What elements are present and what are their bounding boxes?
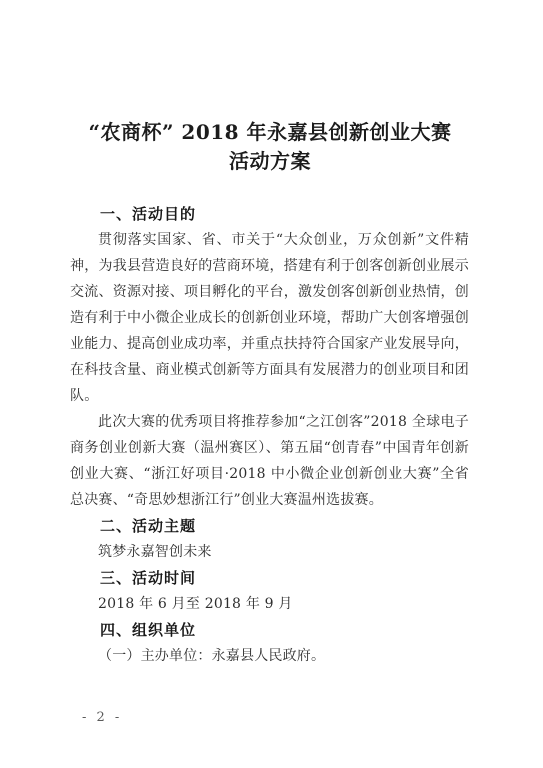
document-title-line-1: “农商杯” 2018 年永嘉县创新创业大赛 [70,118,470,147]
document-body: 一、活动目的 贯彻落实国家、省、市关于“大众创业，万众创新”文件精神，为我县营造… [70,201,469,669]
document-title-line-2: 活动方案 [70,147,470,176]
paragraph-organizer-host: （一）主办单位：永嘉县人民政府。 [70,643,469,669]
section-heading-activity-purpose: 一、活动目的 [70,201,469,227]
paragraph-activity-purpose-1: 贯彻落实国家、省、市关于“大众创业，万众创新”文件精神，为我县营造良好的营商环境… [70,227,469,409]
paragraph-activity-theme: 筑梦永嘉智创未来 [70,539,469,565]
document-title: “农商杯” 2018 年永嘉县创新创业大赛 活动方案 [70,118,470,176]
section-heading-activity-time: 三、活动时间 [70,565,469,591]
page-number: - 2 - [82,710,122,725]
paragraph-activity-purpose-2: 此次大赛的优秀项目将推荐参加“之江创客”2018 全球电子商务创业创新大赛（温州… [70,409,469,513]
paragraph-activity-time: 2018 年 6 月至 2018 年 9 月 [70,591,469,617]
section-heading-organizers: 四、组织单位 [70,617,469,643]
section-heading-activity-theme: 二、活动主题 [70,513,469,539]
document-page: “农商杯” 2018 年永嘉县创新创业大赛 活动方案 一、活动目的 贯彻落实国家… [0,0,543,768]
